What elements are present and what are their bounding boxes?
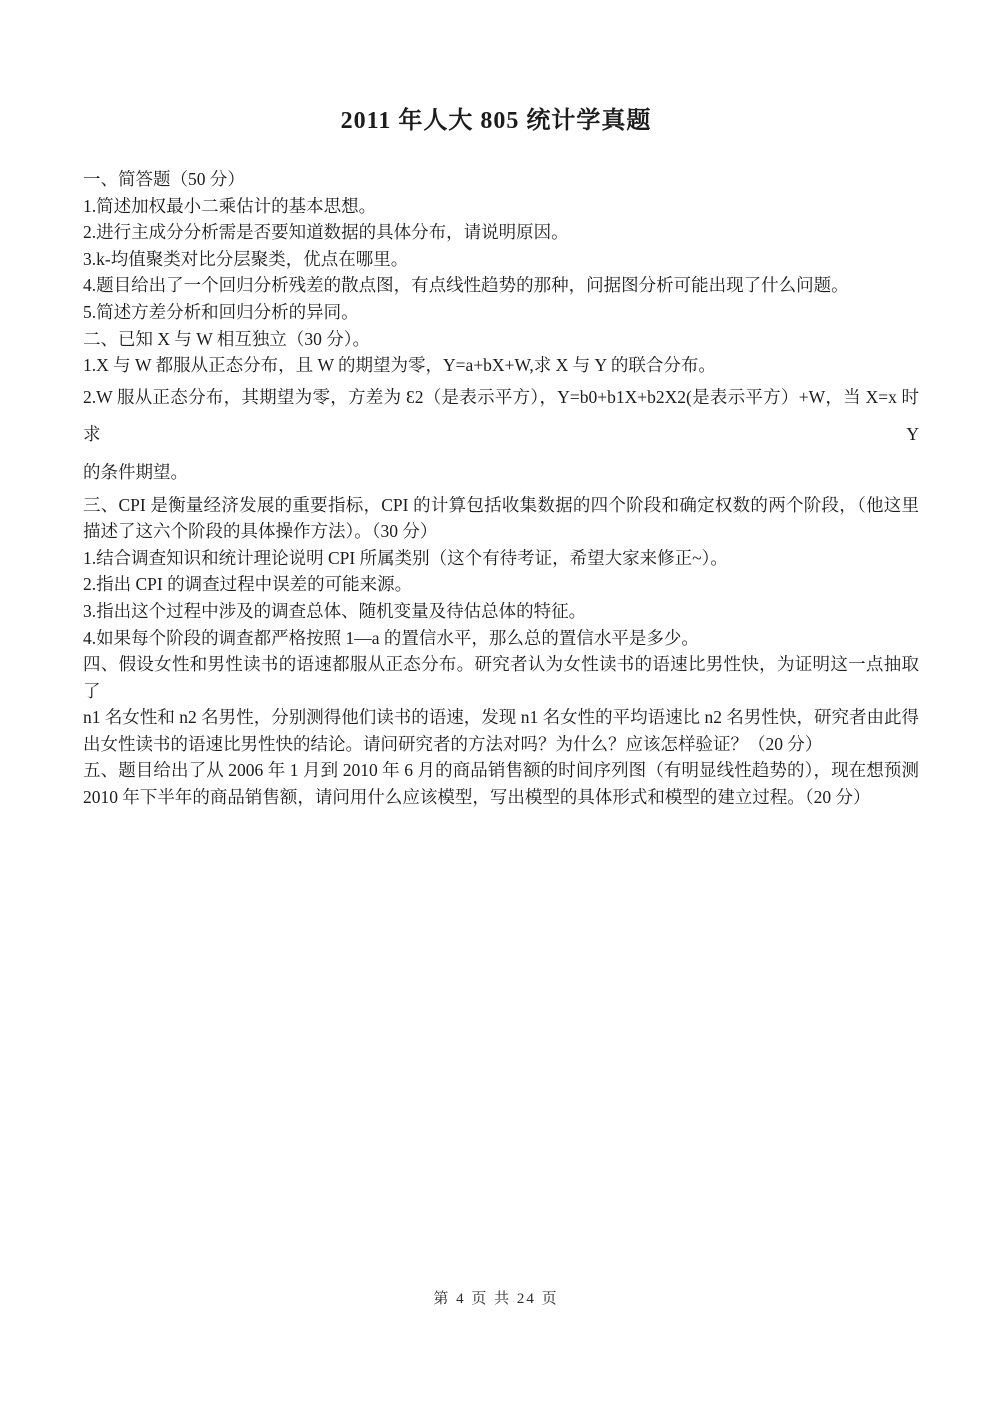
section-1-header: 一、简答题（50 分） xyxy=(83,166,919,193)
section-3-question-4: 4.如果每个阶段的调查都严格按照 1—a 的置信水平，那么总的置信水平是多少。 xyxy=(83,625,919,652)
section-3-header-line-1: 三、CPI 是衡量经济发展的重要指标，CPI 的计算包括收集数据的四个阶段和确定… xyxy=(83,492,919,519)
section-3-question-2: 2.指出 CPI 的调查过程中误差的可能来源。 xyxy=(83,571,919,598)
section-4-line-1: 四、假设女性和男性读书的语速都服从正态分布。研究者认为女性读书的语速比男性快，为… xyxy=(83,651,919,704)
section-4-line-3: 出女性读书的语速比男性快的结论。请问研究者的方法对吗？为什么？应该怎样验证？（2… xyxy=(83,731,919,758)
section-4-line-2: n1 名女性和 n2 名男性，分别测得他们读书的语速，发现 n1 名女性的平均语… xyxy=(83,704,919,731)
section-2-header: 二、已知 X 与 W 相互独立（30 分）。 xyxy=(83,326,919,353)
section-2-question-1: 1.X 与 W 都服从正态分布，且 W 的期望为零，Y=a+bX+W,求 X 与… xyxy=(83,352,919,379)
section-1-question-4: 4.题目给出了一个回归分析残差的散点图，有点线性趋势的那种，问据图分析可能出现了… xyxy=(83,272,919,299)
section-3-question-1: 1.结合调查知识和统计理论说明 CPI 所属类别（这个有待考证，希望大家来修正~… xyxy=(83,545,919,572)
section-2-question-2-line-2: 的条件期望。 xyxy=(83,454,919,492)
page-title: 2011 年人大 805 统计学真题 xyxy=(0,100,992,135)
section-5-line-1: 五、题目给出了从 2006 年 1 月到 2010 年 6 月的商品销售额的时间… xyxy=(83,757,919,784)
exam-body: 一、简答题（50 分） 1.简述加权最小二乘估计的基本思想。 2.进行主成分分析… xyxy=(83,166,919,811)
section-1-question-1: 1.简述加权最小二乘估计的基本思想。 xyxy=(83,193,919,220)
section-2-question-2-line-1: 2.W 服从正态分布，其期望为零，方差为 Ɛ2（是表示平方），Y=b0+b1X+… xyxy=(83,379,919,454)
section-3-question-3: 3.指出这个过程中涉及的调查总体、随机变量及待估总体的特征。 xyxy=(83,598,919,625)
exam-document-page: 2011 年人大 805 统计学真题 一、简答题（50 分） 1.简述加权最小二… xyxy=(0,0,992,1403)
section-3-header-line-2: 描述了这六个阶段的具体操作方法）。（30 分） xyxy=(83,518,919,545)
section-1-question-2: 2.进行主成分分析需是否要知道数据的具体分布，请说明原因。 xyxy=(83,219,919,246)
section-1-question-5: 5.简述方差分析和回归分析的异同。 xyxy=(83,299,919,326)
page-number-footer: 第 4 页 共 24 页 xyxy=(0,1287,992,1308)
section-5-line-2: 2010 年下半年的商品销售额，请问用什么应该模型，写出模型的具体形式和模型的建… xyxy=(83,784,919,811)
section-1-question-3: 3.k-均值聚类对比分层聚类，优点在哪里。 xyxy=(83,246,919,273)
